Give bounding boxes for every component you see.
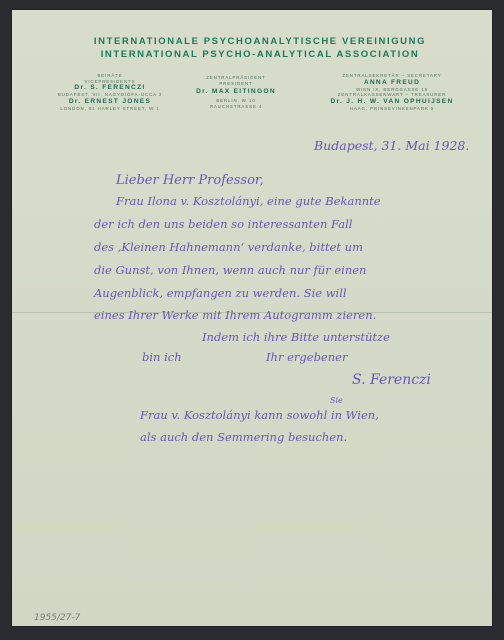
officer-name: Dr. ERNEST JONES — [50, 98, 170, 106]
postscript-line: Frau v. Kosztolányi kann sowohl in Wien, — [140, 408, 379, 422]
officer-name: Dr. J. H. W. VAN OPHUIJSEN — [317, 98, 467, 106]
postscript-line: als auch den Semmering besuchen. — [140, 430, 347, 444]
archive-number: 1955/27-7 — [34, 613, 80, 623]
role-label: PRESIDENT — [177, 81, 295, 87]
closing-ihr-ergebener: Ihr ergebener — [266, 350, 347, 364]
body-line: des ‚Kleinen Hahnemann‘ verdanke, bittet… — [94, 240, 363, 254]
body-line: Augenblick, empfangen zu werden. Sie wil… — [94, 286, 347, 300]
officer-address: BUDAPEST, VII, NAGYDIÓFA-UCCA 3 — [50, 92, 170, 98]
salutation: Lieber Herr Professor, — [116, 173, 264, 188]
letterhead-president: ZENTRALPRÄSIDENT PRESIDENT Dr. MAX EITIN… — [177, 75, 295, 109]
officer-address: RAUCHSTRASSE 4 — [177, 104, 295, 110]
body-line: Frau Ilona v. Kosztolányi, eine gute Bek… — [116, 194, 381, 208]
letterhead-vicepresidents: BEIRÄTE VICEPRESIDENTS Dr. S. FERENCZI B… — [50, 73, 170, 111]
closing-line: Indem ich ihre Bitte unterstütze — [202, 330, 390, 344]
letter-page: INTERNATIONALE PSYCHOANALYTISCHE VEREINI… — [12, 10, 492, 626]
officer-name: ANNA FREUD — [317, 79, 467, 87]
body-line: die Gunst, von Ihnen, wenn auch nur für … — [94, 263, 366, 277]
postscript-insert: Sie — [330, 396, 343, 405]
officer-name: Dr. S. FERENCZI — [50, 84, 170, 92]
officer-address: HAAG, PRINSEVINKENPARK 5 — [317, 106, 467, 112]
role-label: ZENTRALKASSENWART – TREASURER — [317, 92, 467, 98]
letterhead-title-german: INTERNATIONALE PSYCHOANALYTISCHE VEREINI… — [58, 36, 462, 47]
body-line: eines Ihrer Werke mit Ihrem Autogramm zi… — [94, 308, 376, 322]
closing-bin-ich: bin ich — [142, 350, 182, 364]
letterhead-title-english: INTERNATIONAL PSYCHO-ANALYTICAL ASSOCIAT… — [58, 49, 462, 60]
signature: S. Ferenczi — [352, 372, 431, 388]
officer-address: LONDON, 81 HARLEY STREET, W 1 — [50, 106, 170, 112]
body-line: der ich den uns beiden so interessanten … — [94, 217, 352, 231]
officer-name: Dr. MAX EITINGON — [177, 88, 295, 96]
letter-date: Budapest, 31. Mai 1928. — [314, 138, 469, 153]
letterhead-secretary-treasurer: ZENTRALSEKRETÄR – SECRETARY ANNA FREUD W… — [317, 73, 467, 111]
